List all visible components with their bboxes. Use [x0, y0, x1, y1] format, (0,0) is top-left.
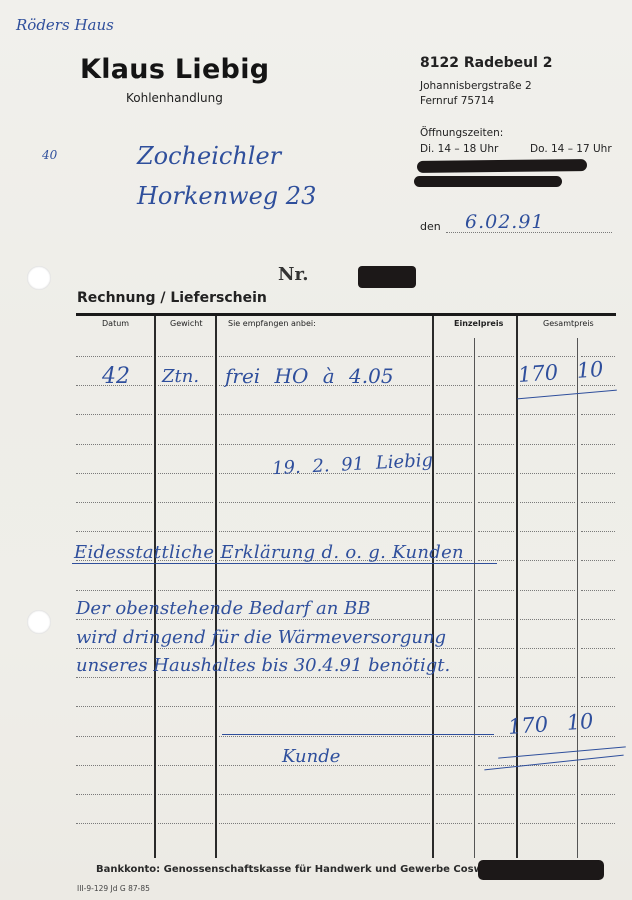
row-rule [76, 473, 152, 474]
row-rule [436, 648, 472, 649]
row-rule [520, 502, 575, 503]
redaction-bar [417, 159, 587, 173]
row-rule [478, 677, 514, 678]
recipient-street: Horkenweg 23 [137, 182, 316, 210]
col-header-datum: Datum [102, 319, 129, 328]
row-rule [520, 619, 575, 620]
row-rule [581, 794, 615, 795]
total-underline [517, 390, 617, 400]
row-rule [219, 502, 430, 503]
row-rule [520, 531, 575, 532]
row-rule [581, 531, 615, 532]
row-rule [76, 414, 152, 415]
row-rule [219, 794, 430, 795]
row-rule [478, 823, 514, 824]
row-rule [478, 619, 514, 620]
row-rule [581, 385, 615, 386]
row-rule [436, 706, 472, 707]
print-code: III-9-129 Jd G 87-85 [77, 884, 150, 893]
row-rule [436, 414, 472, 415]
col-header-gesamtpreis: Gesamtpreis [543, 319, 594, 328]
payment-note: 19. 2. 91 Liebig [272, 450, 434, 479]
row-rule [219, 619, 430, 620]
row-rule [478, 502, 514, 503]
row-rule [158, 677, 213, 678]
row-rule [478, 444, 514, 445]
row-rule [581, 706, 615, 707]
row-rule [158, 502, 213, 503]
row-rule [436, 794, 472, 795]
row-rule [520, 794, 575, 795]
row-rule [581, 619, 615, 620]
punch-hole-top [27, 266, 51, 290]
redacted-account-number [478, 860, 604, 880]
row-rule [158, 706, 213, 707]
row-rule [436, 385, 472, 386]
row-rule [158, 794, 213, 795]
row-rule [436, 765, 472, 766]
opening-hours-thursday: Do. 14 – 17 Uhr [530, 143, 612, 155]
row-rule [520, 560, 575, 561]
row-rule [158, 356, 213, 357]
col-header-gewicht: Gewicht [170, 319, 203, 328]
grand-total: 170 10 [507, 709, 594, 739]
row-rule [520, 648, 575, 649]
row-rule [158, 590, 213, 591]
row-rule [581, 590, 615, 591]
row-rule [520, 473, 575, 474]
row-rule [581, 502, 615, 503]
row-rule [581, 473, 615, 474]
column-subdivider [474, 338, 475, 858]
declaration-line-2: wird dringend für die Wärmeversorgung [76, 627, 446, 648]
row-rule [581, 560, 615, 561]
row-rule [219, 414, 430, 415]
column-subdivider [577, 338, 578, 858]
opening-hours-tuesday: Di. 14 – 18 Uhr [420, 143, 498, 155]
row-rule [436, 444, 472, 445]
company-city: 8122 Radebeul 2 [420, 55, 552, 71]
row-rule [436, 590, 472, 591]
declaration-line-1: Der obenstehende Bedarf an BB [76, 598, 371, 619]
row-rule [76, 706, 152, 707]
row-rule [219, 356, 430, 357]
row-rule [436, 823, 472, 824]
row-rule [219, 648, 430, 649]
row-rule [436, 502, 472, 503]
row-rule [219, 736, 430, 737]
number-label: Nr. [278, 264, 309, 285]
row-rule [76, 356, 152, 357]
date-value: 6.02.91 [465, 211, 545, 233]
row-rule [158, 823, 213, 824]
row-rule [478, 473, 514, 474]
row-rule [581, 444, 615, 445]
row-rule [478, 648, 514, 649]
row-rule [158, 414, 213, 415]
row-rule [158, 473, 213, 474]
row-datum: 42 [102, 364, 130, 389]
row-rule [520, 677, 575, 678]
row-rule [158, 444, 213, 445]
row-rule [478, 794, 514, 795]
row-rule [520, 356, 575, 357]
row-rule [520, 823, 575, 824]
col-header-einzelpreis: Einzelpreis [454, 319, 503, 328]
row-rule [520, 590, 575, 591]
row-rule [581, 677, 615, 678]
row-rule [478, 560, 514, 561]
row-rule [76, 677, 152, 678]
row-rule [158, 619, 213, 620]
date-label: den [420, 220, 441, 233]
column-divider [154, 316, 156, 858]
company-phone: Fernruf 75714 [420, 95, 494, 107]
row-rule [436, 356, 472, 357]
row-rule [76, 648, 152, 649]
row-rule [219, 677, 430, 678]
row-rule [436, 531, 472, 532]
business-type: Kohlenhandlung [126, 91, 223, 105]
row-rule [76, 794, 152, 795]
document-title: Rechnung / Lieferschein [77, 290, 267, 306]
punch-hole-bottom [27, 610, 51, 634]
row-rule [158, 765, 213, 766]
row-rule [520, 706, 575, 707]
row-rule [436, 677, 472, 678]
col-header-description: Sie empfangen anbei: [228, 319, 316, 328]
row-rule [158, 531, 213, 532]
row-rule [219, 444, 430, 445]
declaration-heading: Eidesstattliche Erklärung d. o. g. Kunde… [74, 542, 464, 563]
row-rule [436, 473, 472, 474]
row-rule [581, 414, 615, 415]
row-gesamtpreis: 170 10 [517, 357, 604, 387]
declaration-line-3: unseres Haushaltes bis 30.4.91 benötigt. [76, 655, 450, 676]
declaration-underline [72, 563, 497, 564]
signature-label: Kunde [282, 746, 340, 767]
recipient-name: Zocheichler [137, 142, 281, 170]
row-rule [76, 619, 152, 620]
row-gewicht: Ztn. [162, 366, 199, 387]
row-rule [436, 736, 472, 737]
row-rule [219, 706, 430, 707]
row-rule [581, 765, 615, 766]
handwritten-annotation: Röders Haus [16, 16, 114, 34]
opening-hours-label: Öffnungszeiten: [420, 127, 503, 139]
column-divider [432, 316, 434, 858]
row-rule [219, 590, 430, 591]
row-rule [478, 414, 514, 415]
row-rule [478, 706, 514, 707]
redaction-bar [414, 176, 562, 187]
row-rule [76, 531, 152, 532]
row-description: frei HO à 4.05 [225, 364, 394, 388]
redacted-number [358, 266, 416, 288]
row-rule [158, 648, 213, 649]
row-rule [76, 765, 152, 766]
row-rule [478, 590, 514, 591]
row-rule [219, 531, 430, 532]
row-rule [520, 414, 575, 415]
row-rule [478, 356, 514, 357]
invoice-document: Röders Haus Klaus Liebig Kohlenhandlung … [0, 0, 632, 900]
row-rule [436, 619, 472, 620]
margin-number: 40 [42, 148, 57, 162]
bank-account: Bankkonto: Genossenschaftskasse für Hand… [96, 864, 493, 875]
row-rule [219, 823, 430, 824]
row-rule [76, 444, 152, 445]
company-street: Johannisbergstraße 2 [420, 80, 532, 92]
row-rule [76, 502, 152, 503]
row-rule [76, 736, 152, 737]
row-rule [478, 385, 514, 386]
signature-line [222, 734, 494, 735]
row-rule [520, 444, 575, 445]
row-rule [581, 736, 615, 737]
column-divider [215, 316, 217, 858]
row-rule [158, 736, 213, 737]
row-rule [76, 823, 152, 824]
row-rule [76, 590, 152, 591]
table-top-rule [76, 313, 616, 316]
row-rule [581, 823, 615, 824]
company-name: Klaus Liebig [80, 54, 269, 85]
row-rule [478, 531, 514, 532]
row-rule [581, 648, 615, 649]
